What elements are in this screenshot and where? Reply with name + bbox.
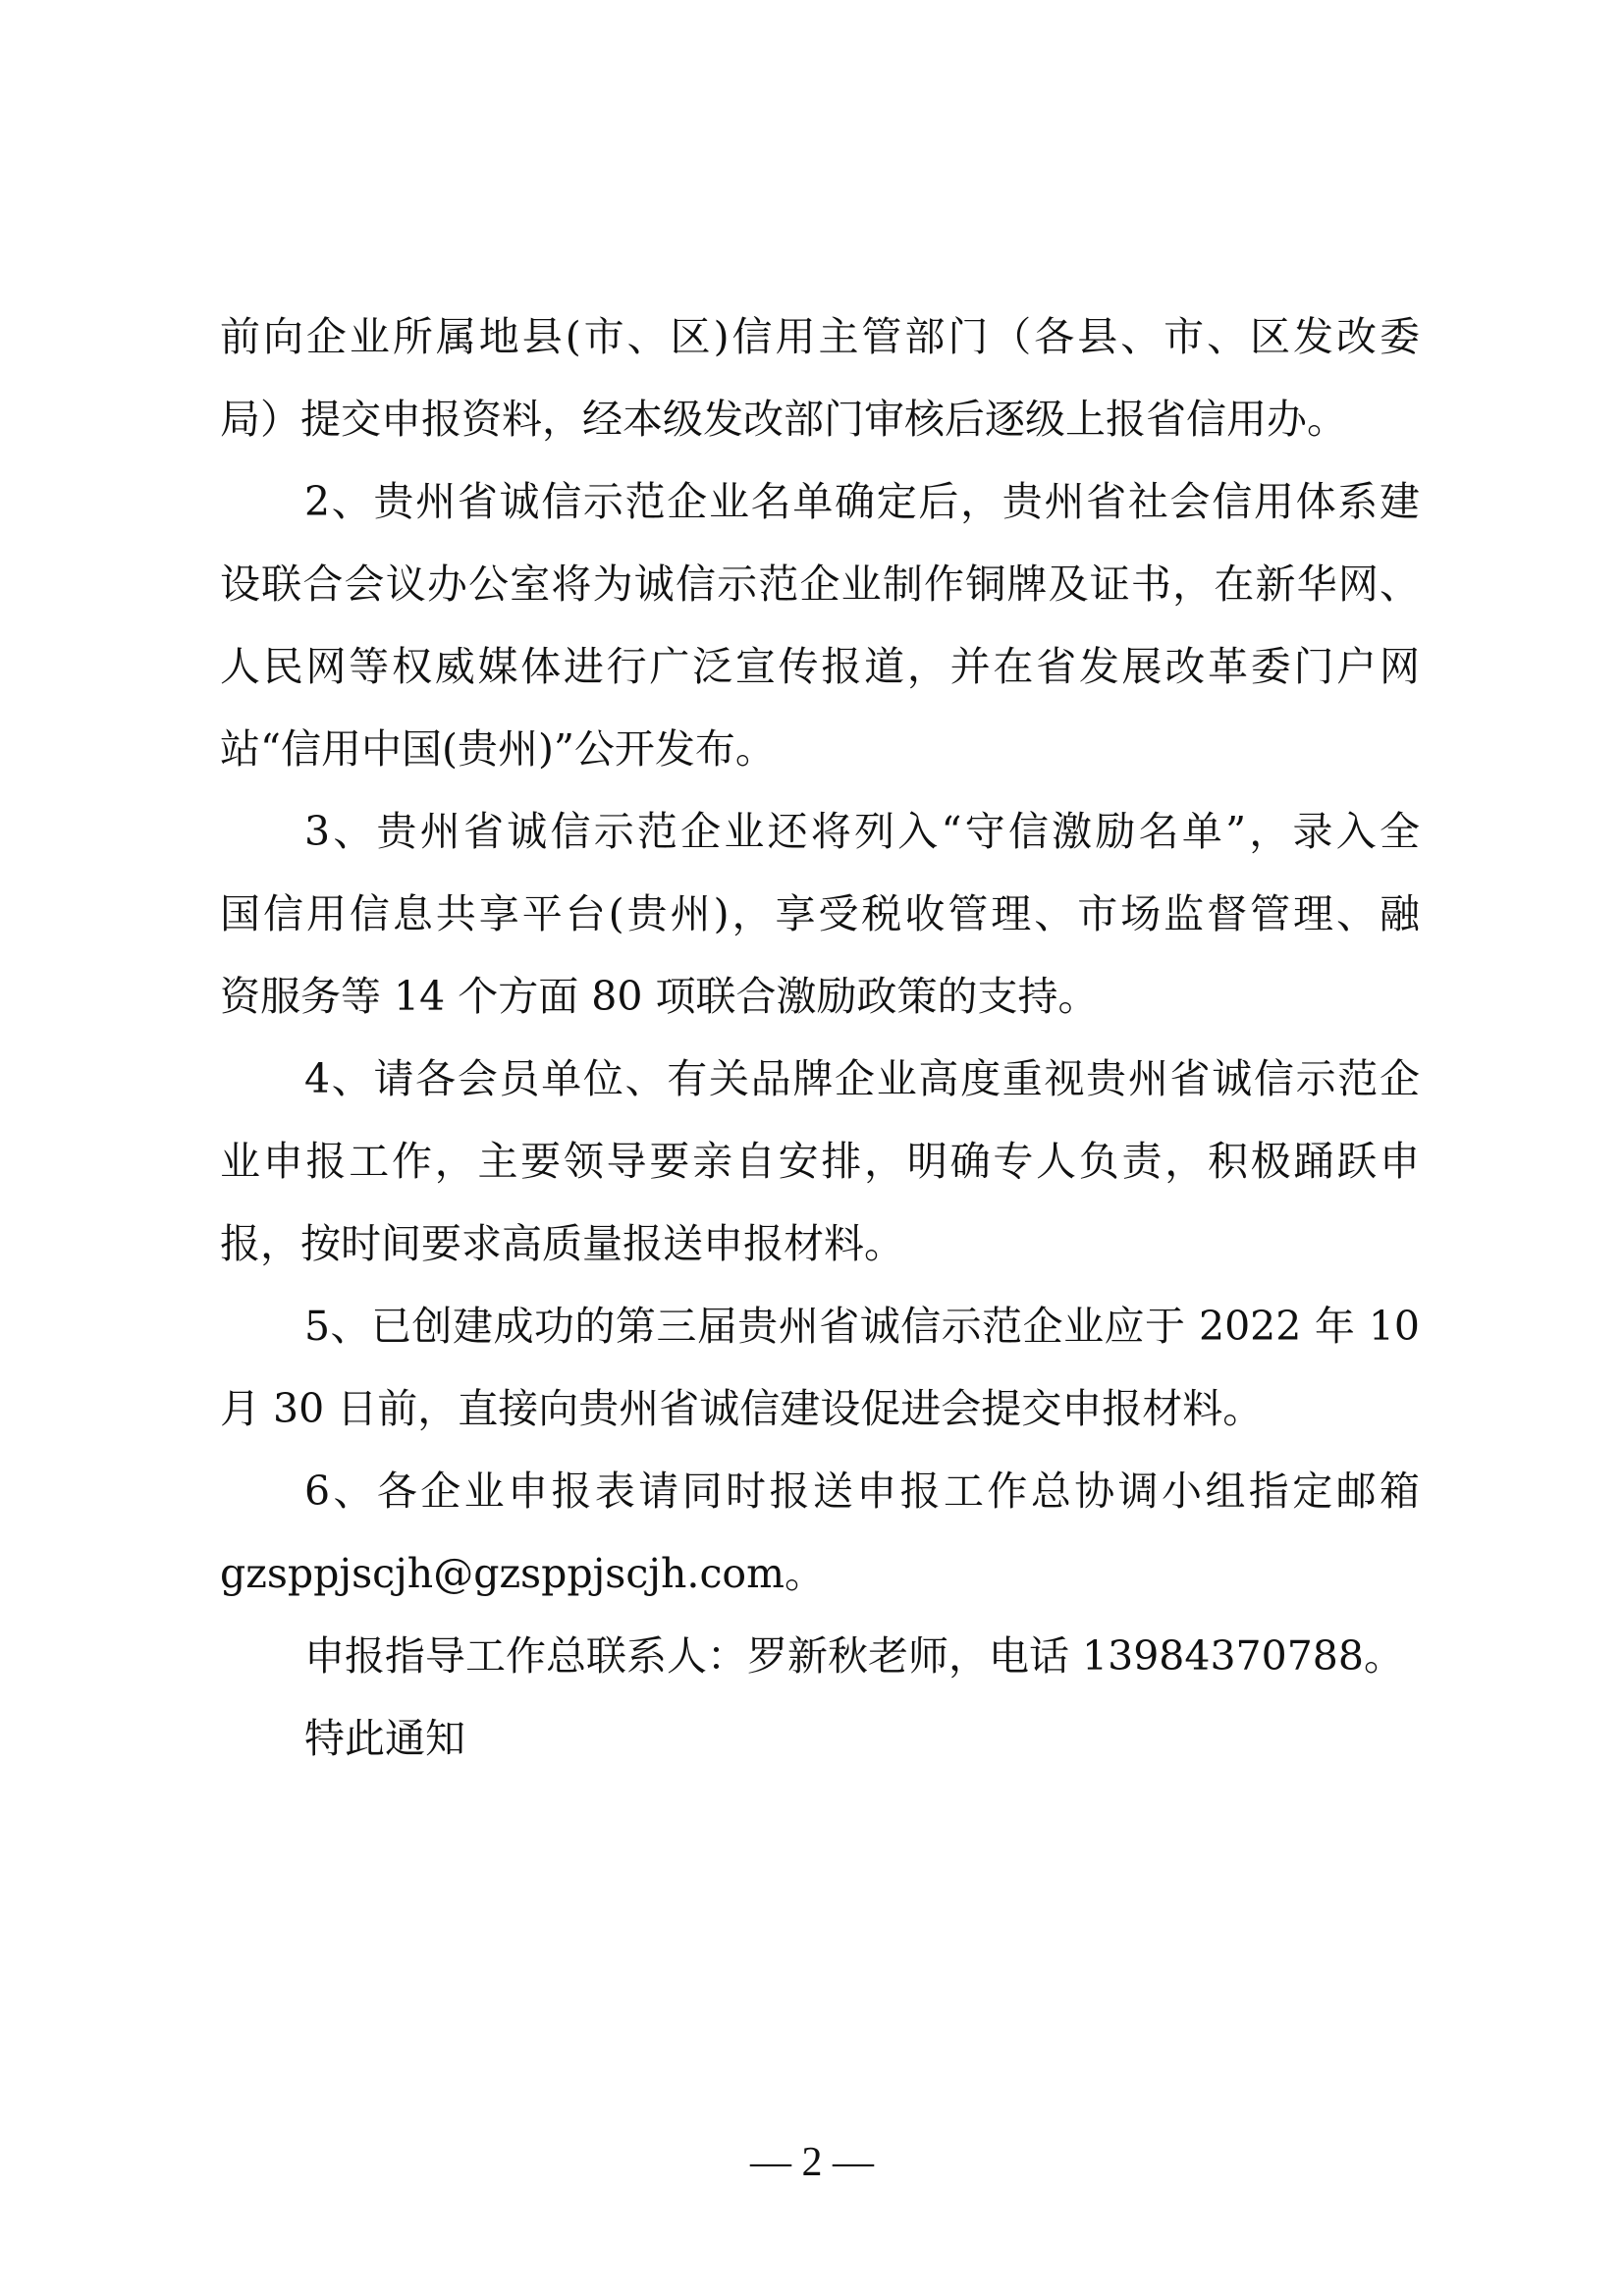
text-line: 设联合会议办公室将为诚信示范企业制作铜牌及证书，在新华网、: [220, 543, 1420, 625]
text-line: 业申报工作，主要领导要亲自安排，明确专人负责，积极踊跃申: [220, 1120, 1420, 1202]
text-line: 6、各企业申报表请同时报送申报工作总协调小组指定邮箱: [220, 1450, 1420, 1532]
text-line: 3、贵州省诚信示范企业还将列入“守信激励名单”，录入全: [220, 790, 1420, 873]
text-line: 5、已创建成功的第三届贵州省诚信示范企业应于 2022 年 10: [220, 1285, 1420, 1367]
document-body: 前向企业所属地县(市、区)信用主管部门（各县、市、区发改委 局）提交申报资料，经…: [220, 295, 1420, 1780]
document-page: 前向企业所属地县(市、区)信用主管部门（各县、市、区发改委 局）提交申报资料，经…: [0, 0, 1624, 2296]
closing-line: 特此通知: [220, 1697, 1420, 1780]
text-line: 4、请各会员单位、有关品牌企业高度重视贵州省诚信示范企: [220, 1038, 1420, 1120]
paragraph-closing: 特此通知: [220, 1697, 1420, 1780]
text-line: 报，按时间要求高质量报送申报材料。: [220, 1202, 1420, 1285]
text-line: 资服务等 14 个方面 80 项联合激励政策的支持。: [220, 955, 1420, 1038]
text-line: 前向企业所属地县(市、区)信用主管部门（各县、市、区发改委: [220, 295, 1420, 378]
page-number: — 2 —: [0, 2138, 1624, 2187]
paragraph-item-2: 2、贵州省诚信示范企业名单确定后，贵州省社会信用体系建 设联合会议办公室将为诚信…: [220, 460, 1420, 790]
paragraph-item-3: 3、贵州省诚信示范企业还将列入“守信激励名单”，录入全 国信用信息共享平台(贵州…: [220, 790, 1420, 1038]
text-line: 国信用信息共享平台(贵州)，享受税收管理、市场监督管理、融: [220, 873, 1420, 955]
contact-line: 申报指导工作总联系人：罗新秋老师，电话 13984370788。: [220, 1615, 1420, 1697]
paragraph-contact: 申报指导工作总联系人：罗新秋老师，电话 13984370788。: [220, 1615, 1420, 1697]
paragraph-item-5: 5、已创建成功的第三届贵州省诚信示范企业应于 2022 年 10 月 30 日前…: [220, 1285, 1420, 1450]
text-line: 人民网等权威媒体进行广泛宣传报道，并在省发展改革委门户网: [220, 625, 1420, 708]
email-address-line: gzsppjscjh@gzsppjscjh.com。: [220, 1532, 1420, 1615]
paragraph-item-4: 4、请各会员单位、有关品牌企业高度重视贵州省诚信示范企 业申报工作，主要领导要亲…: [220, 1038, 1420, 1285]
text-line: 月 30 日前，直接向贵州省诚信建设促进会提交申报材料。: [220, 1367, 1420, 1450]
paragraph-continuation: 前向企业所属地县(市、区)信用主管部门（各县、市、区发改委 局）提交申报资料，经…: [220, 295, 1420, 460]
text-line: 局）提交申报资料，经本级发改部门审核后逐级上报省信用办。: [220, 378, 1420, 460]
text-line: 2、贵州省诚信示范企业名单确定后，贵州省社会信用体系建: [220, 460, 1420, 543]
text-line: 站“信用中国(贵州)”公开发布。: [220, 708, 1420, 790]
paragraph-item-6: 6、各企业申报表请同时报送申报工作总协调小组指定邮箱 gzsppjscjh@gz…: [220, 1450, 1420, 1615]
